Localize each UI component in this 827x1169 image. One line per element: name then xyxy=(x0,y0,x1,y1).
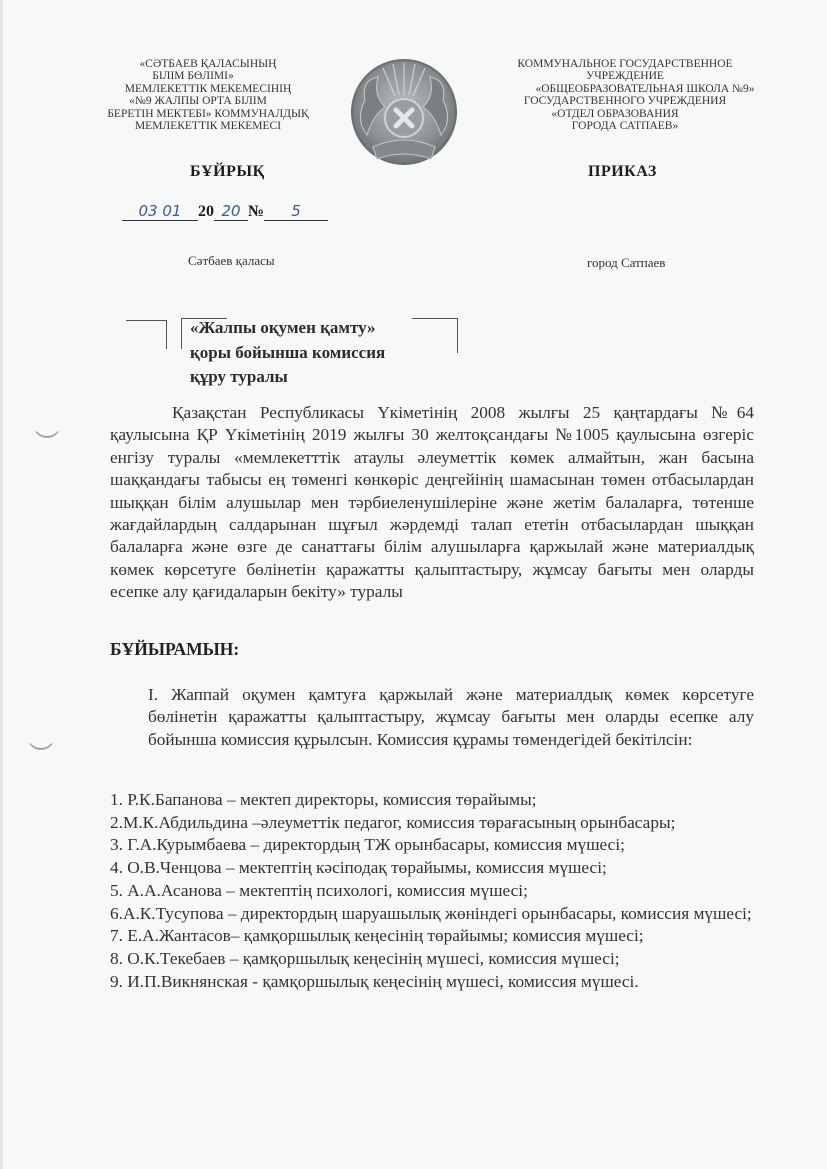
commission-members-list: 1. Р.К.Бапанова – мектеп директоры, коми… xyxy=(110,789,754,993)
subject-line: қоры бойынша комиссия xyxy=(190,341,385,366)
page-edge-shadow xyxy=(0,0,3,1169)
number-sign: № xyxy=(248,203,264,221)
punch-hole-mark xyxy=(27,722,55,750)
handwritten-year-suffix: 20 xyxy=(214,202,248,221)
header-line: МЕМЛЕКЕТТІК МЕКЕМЕСІ xyxy=(78,120,338,132)
header-line: БІЛІМ БӨЛІМІ» xyxy=(78,70,338,82)
header-line: «№9 ЖАЛПЫ ОРТА БІЛІМ xyxy=(78,95,338,107)
member-item: 4. О.В.Ченцова – мектептің кәсіподақ төр… xyxy=(110,857,754,880)
state-emblem-icon xyxy=(343,55,465,173)
member-item: 7. Е.А.Жантасов– қамқоршылық кеңесінің т… xyxy=(110,925,754,948)
year-prefix: 20 xyxy=(198,203,214,221)
handwritten-order-number: 5 xyxy=(264,202,328,221)
member-item: 9. И.П.Викнянская - қамқоршылық кеңесіні… xyxy=(110,971,754,994)
member-item: 6.А.К.Тусупова – директордың шаруашылық … xyxy=(110,903,754,926)
header-line: «ОБЩЕОБРАЗОВАТЕЛЬНАЯ ШКОЛА №9» xyxy=(480,83,770,95)
header-line: УЧРЕЖДЕНИЕ xyxy=(480,70,770,82)
order-item-1: I. Жаппай оқумен қамтуға қаржылай және м… xyxy=(148,684,754,751)
preamble: Қазақстан Республикасы Үкіметінің 2008 ж… xyxy=(110,402,754,604)
punch-hole-mark xyxy=(33,410,61,438)
header-org-ru: КОММУНАЛЬНОЕ ГОСУДАРСТВЕННОЕ УЧРЕЖДЕНИЕ … xyxy=(480,58,770,132)
handwritten-day-month: 03 01 xyxy=(122,202,198,221)
header-line: «ОТДЕЛ ОБРАЗОВАНИЯ xyxy=(480,108,770,120)
member-item: 5. А.А.Асанова – мектептің психологі, ко… xyxy=(110,880,754,903)
city-ru: город Сатпаев xyxy=(587,255,665,271)
header-org-kz: «СӘТБАЕВ ҚАЛАСЫНЫҢ БІЛІМ БӨЛІМІ» МЕМЛЕКЕ… xyxy=(78,58,338,132)
document-title-ru: ПРИКАЗ xyxy=(588,163,657,181)
order-word: БҰЙЫРАМЫН: xyxy=(110,639,239,660)
member-item: 8. О.К.Текебаев – қамқоршылық кеңесінің … xyxy=(110,948,754,971)
header-line: «СӘТБАЕВ ҚАЛАСЫНЫҢ xyxy=(78,58,338,70)
document-title-kz: БҰЙРЫҚ xyxy=(190,163,265,181)
order-date-number: 03 01 20 20 № 5 xyxy=(122,202,328,221)
document-page: «СӘТБАЕВ ҚАЛАСЫНЫҢ БІЛІМ БӨЛІМІ» МЕМЛЕКЕ… xyxy=(0,0,827,1169)
subject-line: «Жалпы оқумен қамту» xyxy=(190,316,385,341)
subject-bracket xyxy=(412,318,458,353)
header-line: МЕМЛЕКЕТТІК МЕКЕМЕСІНІҢ xyxy=(78,83,338,95)
preamble-text: Қазақстан Республикасы Үкіметінің 2008 ж… xyxy=(110,402,754,604)
header-line: ГОРОДА САТПАЕВ» xyxy=(480,120,770,132)
subject-bracket xyxy=(126,320,167,349)
member-item: 3. Г.А.Курымбаева – директордың ТЖ орынб… xyxy=(110,834,754,857)
header-line: КОММУНАЛЬНОЕ ГОСУДАРСТВЕННОЕ xyxy=(480,58,770,70)
header-line: ГОСУДАРСТВЕННОГО УЧРЕЖДЕНИЯ xyxy=(480,95,770,107)
city-kz: Сәтбаев қаласы xyxy=(188,253,275,269)
subject-line: құру туралы xyxy=(190,365,385,390)
header-line: БЕРЕТІН МЕКТЕБІ» КОММУНАЛДЫҚ xyxy=(78,108,338,120)
member-item: 1. Р.К.Бапанова – мектеп директоры, коми… xyxy=(110,789,754,812)
member-item: 2.М.К.Абдильдина –әлеуметтік педагог, ко… xyxy=(110,812,754,835)
order-subject: «Жалпы оқумен қамту» қоры бойынша комисс… xyxy=(190,316,385,390)
